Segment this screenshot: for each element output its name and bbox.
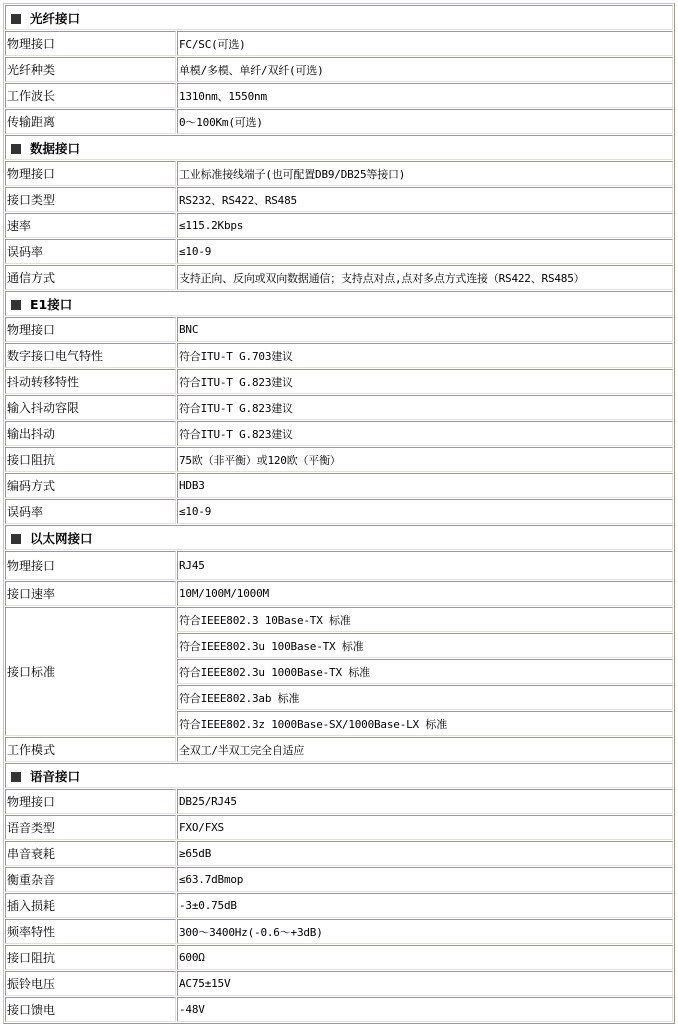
row-value: 单模/多模、单纤/双纤(可选) <box>177 57 673 82</box>
row-label: 传输距离 <box>5 109 176 134</box>
row-value: 符合IEEE802.3u 100Base-TX 标准 <box>177 633 673 658</box>
row-value: ≤63.7dBmop <box>177 867 673 892</box>
section-title: E1接口 <box>30 297 72 312</box>
table-row: 接口类型RS232、RS422、RS485 <box>5 187 673 212</box>
row-value: RS232、RS422、RS485 <box>177 187 673 212</box>
section-header-data: 数据接口 <box>5 135 673 160</box>
square-bullet-icon <box>11 144 21 154</box>
row-value: ≤10-9 <box>177 499 673 524</box>
section-title: 语音接口 <box>30 769 80 784</box>
row-value: 符合ITU-T G.703建议 <box>177 343 673 368</box>
row-value: -3±0.75dB <box>177 893 673 918</box>
section-title: 光纤接口 <box>30 11 80 26</box>
table-row: 接口阻抗600Ω <box>5 945 673 970</box>
table-row: 插入损耗-3±0.75dB <box>5 893 673 918</box>
row-value: AC75±15V <box>177 971 673 996</box>
row-value: 600Ω <box>177 945 673 970</box>
row-value: FC/SC(可选) <box>177 31 673 56</box>
row-value: 工业标准接线端子(也可配置DB9/DB25等接口) <box>177 161 673 186</box>
table-row: 接口阻抗75欧（非平衡）或120欧（平衡） <box>5 447 673 472</box>
row-value: ≤10-9 <box>177 239 673 264</box>
row-label: 振铃电压 <box>5 971 176 996</box>
table-row: 速率≤115.2Kbps <box>5 213 673 238</box>
table-row: 光纤种类单模/多模、单纤/双纤(可选) <box>5 57 673 82</box>
row-label: 物理接口 <box>5 789 176 814</box>
row-value: 全双工/半双工完全自适应 <box>177 737 673 762</box>
row-label: 接口馈电 <box>5 997 176 1022</box>
row-value: HDB3 <box>177 473 673 498</box>
table-row: 通信方式支持正向、反向或双向数据通信；支持点对点,点对多点方式连接（RS422、… <box>5 265 673 290</box>
row-value: -48V <box>177 997 673 1022</box>
row-label: 衡重杂音 <box>5 867 176 892</box>
table-row: 误码率≤10-9 <box>5 499 673 524</box>
table-row: 工作波长1310nm、1550nm <box>5 83 673 108</box>
table-row: 接口速率10M/100M/1000M <box>5 581 673 606</box>
row-value: 符合ITU-T G.823建议 <box>177 369 673 394</box>
row-label: 误码率 <box>5 499 176 524</box>
row-value: 符合IEEE802.3 10Base-TX 标准 <box>177 607 673 632</box>
spec-table: 光纤接口 物理接口FC/SC(可选) 光纤种类单模/多模、单纤/双纤(可选) 工… <box>3 3 675 1024</box>
table-row: 抖动转移特性符合ITU-T G.823建议 <box>5 369 673 394</box>
row-value: 10M/100M/1000M <box>177 581 673 606</box>
section-header-fiber: 光纤接口 <box>5 5 673 30</box>
row-label: 串音衰耗 <box>5 841 176 866</box>
table-row: 接口标准 符合IEEE802.3 10Base-TX 标准 <box>5 607 673 632</box>
table-row: 频率特性300～3400Hz(-0.6～+3dB) <box>5 919 673 944</box>
table-row: 物理接口工业标准接线端子(也可配置DB9/DB25等接口) <box>5 161 673 186</box>
row-label: 速率 <box>5 213 176 238</box>
table-row: 衡重杂音≤63.7dBmop <box>5 867 673 892</box>
table-row: 数字接口电气特性符合ITU-T G.703建议 <box>5 343 673 368</box>
table-row: 工作模式全双工/半双工完全自适应 <box>5 737 673 762</box>
row-label: 工作波长 <box>5 83 176 108</box>
row-value: 75欧（非平衡）或120欧（平衡） <box>177 447 673 472</box>
row-value: FXO/FXS <box>177 815 673 840</box>
row-value: 1310nm、1550nm <box>177 83 673 108</box>
row-label: 抖动转移特性 <box>5 369 176 394</box>
row-label: 物理接口 <box>5 161 176 186</box>
row-value: 符合ITU-T G.823建议 <box>177 395 673 420</box>
row-value: ≥65dB <box>177 841 673 866</box>
row-value: 300～3400Hz(-0.6～+3dB) <box>177 919 673 944</box>
row-label: 通信方式 <box>5 265 176 290</box>
row-value: 符合IEEE802.3z 1000Base-SX/1000Base-LX 标准 <box>177 711 673 736</box>
section-header-voice: 语音接口 <box>5 763 673 788</box>
table-row: 接口馈电-48V <box>5 997 673 1022</box>
table-row: 输出抖动符合ITU-T G.823建议 <box>5 421 673 446</box>
table-row: 振铃电压AC75±15V <box>5 971 673 996</box>
row-label: 光纤种类 <box>5 57 176 82</box>
row-value: 0～100Km(可选) <box>177 109 673 134</box>
row-label: 接口阻抗 <box>5 945 176 970</box>
row-label: 误码率 <box>5 239 176 264</box>
row-value: 符合IEEE802.3u 1000Base-TX 标准 <box>177 659 673 684</box>
table-row: 物理接口DB25/RJ45 <box>5 789 673 814</box>
row-label: 数字接口电气特性 <box>5 343 176 368</box>
row-value: 支持正向、反向或双向数据通信；支持点对点,点对多点方式连接（RS422、RS48… <box>177 265 673 290</box>
section-header-ethernet: 以太网接口 <box>5 525 673 550</box>
table-row: 物理接口FC/SC(可选) <box>5 31 673 56</box>
row-label: 接口阻抗 <box>5 447 176 472</box>
row-value: 符合IEEE802.3ab 标准 <box>177 685 673 710</box>
section-title: 数据接口 <box>30 141 80 156</box>
section-title: 以太网接口 <box>30 531 93 546</box>
row-label: 接口类型 <box>5 187 176 212</box>
row-value: 符合ITU-T G.823建议 <box>177 421 673 446</box>
row-label: 频率特性 <box>5 919 176 944</box>
table-row: 物理接口BNC <box>5 317 673 342</box>
row-value: RJ45 <box>177 551 673 580</box>
table-row: 编码方式HDB3 <box>5 473 673 498</box>
row-value: ≤115.2Kbps <box>177 213 673 238</box>
row-label: 物理接口 <box>5 31 176 56</box>
row-label: 语音类型 <box>5 815 176 840</box>
row-label: 输出抖动 <box>5 421 176 446</box>
row-value: DB25/RJ45 <box>177 789 673 814</box>
table-row: 误码率≤10-9 <box>5 239 673 264</box>
square-bullet-icon <box>11 14 21 24</box>
table-row: 串音衰耗≥65dB <box>5 841 673 866</box>
row-label: 工作模式 <box>5 737 176 762</box>
section-header-e1: E1接口 <box>5 291 673 316</box>
square-bullet-icon <box>11 772 21 782</box>
table-row: 物理接口RJ45 <box>5 551 673 580</box>
table-row: 输入抖动容限符合ITU-T G.823建议 <box>5 395 673 420</box>
row-label: 物理接口 <box>5 551 176 580</box>
row-label: 物理接口 <box>5 317 176 342</box>
row-label: 接口速率 <box>5 581 176 606</box>
row-label: 接口标准 <box>5 607 176 736</box>
table-row: 语音类型FXO/FXS <box>5 815 673 840</box>
row-label: 编码方式 <box>5 473 176 498</box>
row-label: 插入损耗 <box>5 893 176 918</box>
square-bullet-icon <box>11 534 21 544</box>
table-row: 传输距离0～100Km(可选) <box>5 109 673 134</box>
square-bullet-icon <box>11 300 21 310</box>
row-label: 输入抖动容限 <box>5 395 176 420</box>
row-value: BNC <box>177 317 673 342</box>
